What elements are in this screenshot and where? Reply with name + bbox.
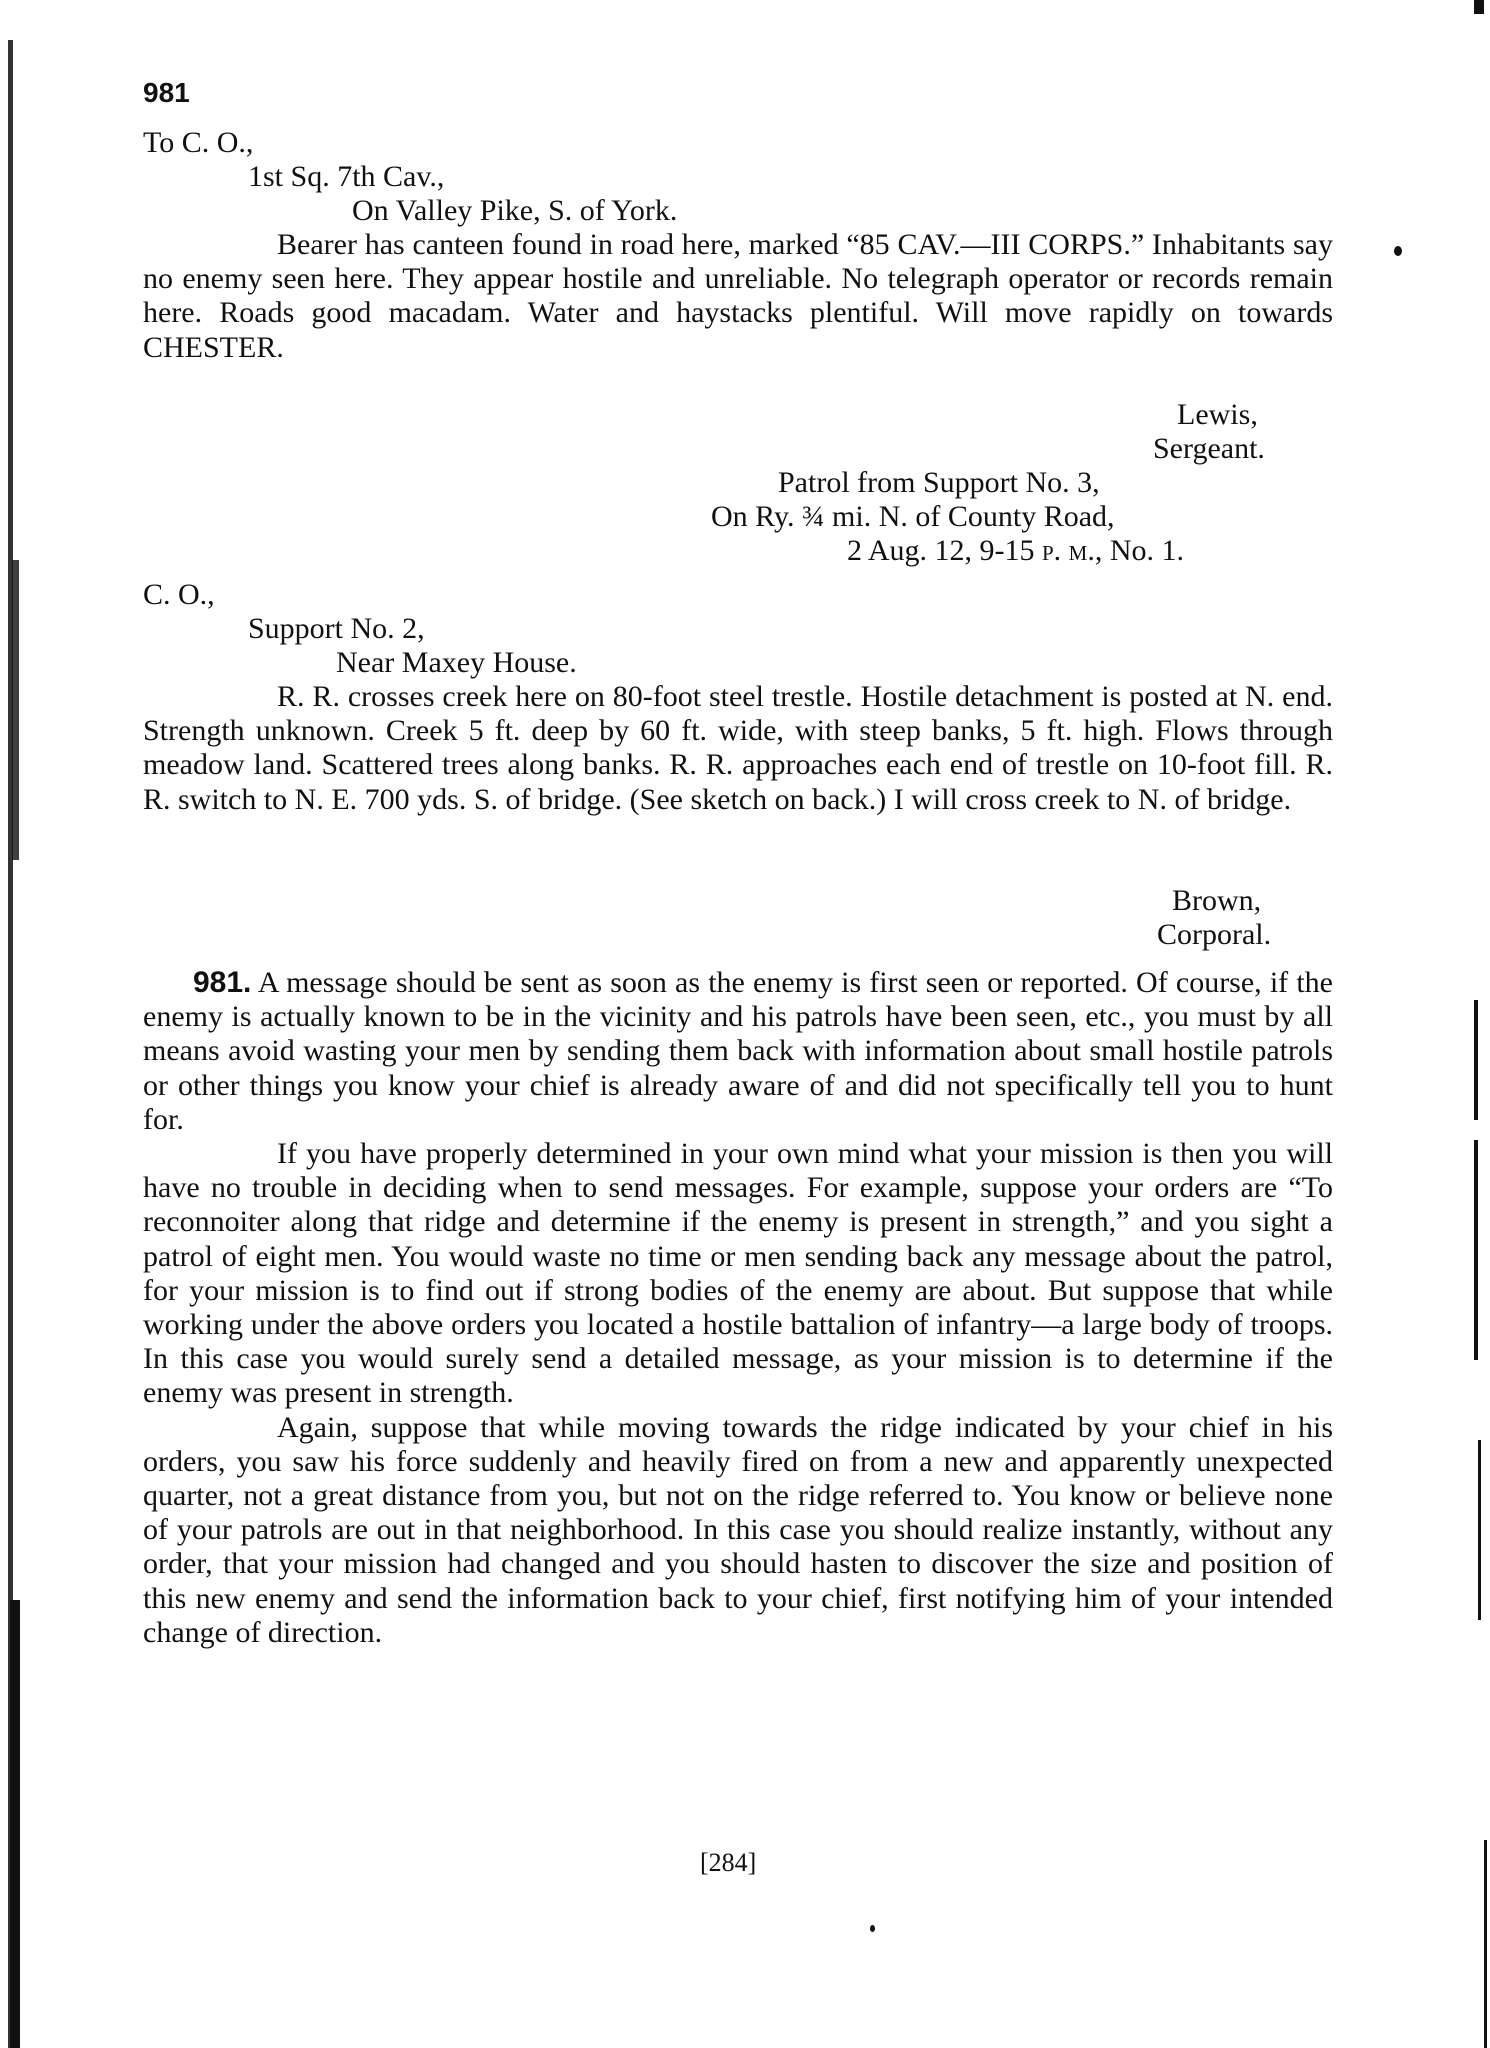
message2-pm: p. m. <box>1042 534 1095 567</box>
section-number-header: 981 <box>143 76 190 110</box>
message2-body-text: R. R. crosses creek here on 80-foot stee… <box>143 680 1333 817</box>
message2-from-line3: 2 Aug. 12, 9-15 p. m., No. 1. <box>847 534 1184 568</box>
scan-edge-left-mid <box>12 560 19 860</box>
scan-edge-left-thick <box>10 1600 20 2048</box>
message1-to: To C. O., <box>143 126 253 160</box>
message2-to: C. O., <box>143 578 215 612</box>
message1-signature-rank: Sergeant. <box>1153 432 1265 466</box>
scan-edge-right-3 <box>1478 1440 1481 1620</box>
scan-corner-mark <box>1474 0 1484 14</box>
section-981-paragraph-1: 981. A message should be sent as soon as… <box>143 966 1333 1137</box>
message2-from-line2: On Ry. ¾ mi. N. of County Road, <box>711 500 1115 534</box>
scan-speck <box>870 1925 875 1932</box>
message1-unit: 1st Sq. 7th Cav., <box>248 160 444 194</box>
scan-edge-right-2 <box>1474 1140 1478 1360</box>
message2-signature-name: Brown, <box>1172 884 1261 918</box>
scanned-page: 981 To C. O., 1st Sq. 7th Cav., On Valle… <box>0 0 1490 2048</box>
scan-edge-right-1 <box>1474 1000 1478 1120</box>
message2-signature-rank: Corporal. <box>1157 918 1271 952</box>
message2-location: Near Maxey House. <box>336 646 577 680</box>
message1-signature-name: Lewis, <box>1177 398 1258 432</box>
message2-body: R. R. crosses creek here on 80-foot stee… <box>143 680 1333 817</box>
message2-date: 2 Aug. 12, 9-15 <box>847 534 1042 567</box>
section-981-paragraph-2: If you have properly determined in your … <box>143 1137 1333 1411</box>
message1-location: On Valley Pike, S. of York. <box>352 194 677 228</box>
message1-body: Bearer has canteen found in road here, m… <box>143 228 1333 365</box>
section-981-paragraph-3: Again, suppose that while moving towards… <box>143 1411 1333 1650</box>
message1-body-text: Bearer has canteen found in road here, m… <box>143 228 1333 365</box>
page-number: [284] <box>700 1846 756 1880</box>
message2-from-line1: Patrol from Support No. 3, <box>778 466 1100 500</box>
section-981-number: 981. <box>193 966 251 999</box>
message2-unit: Support No. 2, <box>248 612 425 646</box>
section-981: 981. A message should be sent as soon as… <box>143 966 1333 1650</box>
message2-number: , No. 1. <box>1095 534 1184 567</box>
scan-edge-right-4 <box>1484 1840 1487 2048</box>
scan-speck <box>1394 246 1402 256</box>
section-981-paragraph-1-text: A message should be sent as soon as the … <box>143 966 1333 1136</box>
